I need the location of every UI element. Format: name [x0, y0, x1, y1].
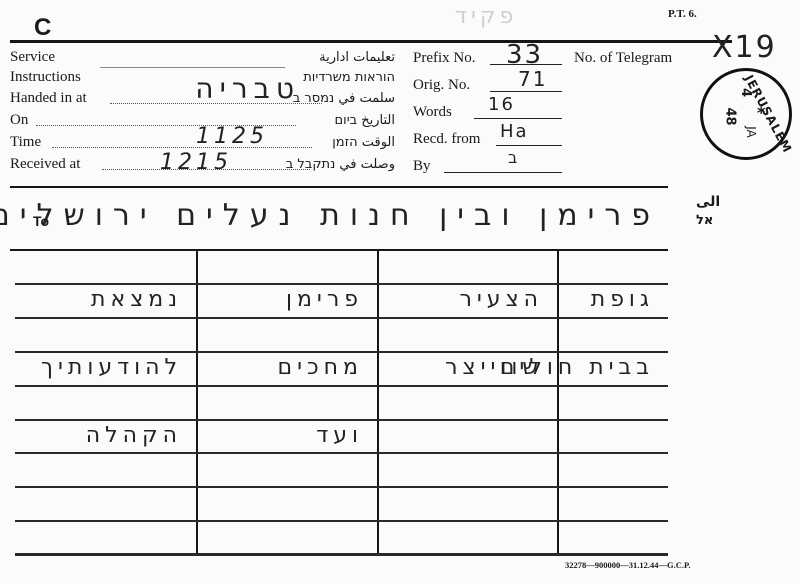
faint-pencil-mark: פקיד — [455, 4, 517, 29]
row-line-5 — [15, 419, 668, 421]
field-label-received-at: Received at — [10, 156, 80, 172]
to-label-hebrew: אל — [696, 213, 713, 228]
field-value-handed-in-at: טבריה — [200, 72, 300, 105]
row-line-7 — [15, 486, 668, 488]
right-value-4: ב — [508, 148, 519, 167]
field-label-other-5: وصلت في נתקבל ב — [250, 157, 395, 173]
field-label-other-0: تعليمات ادارية — [250, 50, 395, 66]
postmark-year: 48 — [723, 107, 738, 125]
right-value-2: 16 — [488, 94, 515, 115]
postmark-day: 4 — [738, 88, 753, 97]
to-address-value: פרימן ובין חנות נעלים ירושלים — [100, 198, 660, 233]
row-line-6 — [15, 452, 668, 454]
footer-code: 32278—900000—31.12.44—G.C.P. — [565, 560, 691, 570]
field-label-service: Service — [10, 49, 55, 65]
column-divider-1 — [196, 251, 198, 554]
telegram-no-label: No. of Telegram — [574, 50, 672, 66]
right-value-3: Ha — [500, 121, 529, 142]
message-cell: נמצאת — [23, 287, 182, 312]
header-top-rule — [10, 40, 732, 43]
to-bottom-rule — [10, 249, 668, 251]
postmark-star: * — [757, 103, 765, 122]
row-line-4 — [15, 385, 668, 387]
field-value-received-at: 1215 — [160, 150, 232, 175]
field-line-4 — [52, 147, 312, 148]
message-cell: פרימן — [204, 287, 363, 312]
field-label-on: On — [10, 112, 28, 128]
right-field-line-3 — [496, 145, 562, 146]
postmark-stamp: JERUSALEM 4 * JA 48 — [700, 68, 792, 160]
telegram-no-value: X19 — [712, 30, 777, 65]
message-cell: גופת — [565, 287, 654, 312]
postmark-month: JA — [744, 126, 758, 138]
field-label-other-4: الوقت הזמן — [250, 135, 395, 151]
message-cell: ועד — [204, 423, 363, 448]
series-letter: C — [34, 14, 51, 42]
message-cell: בבית חולים — [565, 355, 654, 380]
column-divider-2 — [377, 251, 379, 554]
right-label-by: By — [413, 158, 431, 174]
message-cell: הצעיר — [385, 287, 543, 312]
right-field-line-4 — [444, 172, 562, 173]
right-label-words: Words — [413, 104, 452, 120]
field-label-time: Time — [10, 134, 41, 150]
right-field-line-2 — [474, 118, 562, 119]
row-line-2 — [15, 317, 668, 319]
field-label-handed-in-at: Handed in at — [10, 90, 87, 106]
right-label-recd-from: Recd. from — [413, 131, 480, 147]
form-code: P.T. 6. — [668, 8, 697, 20]
service-line — [100, 67, 285, 68]
field-value-time: 1125 — [196, 124, 268, 149]
right-label-orig-no: Orig. No. — [413, 77, 470, 93]
message-cell: הקהלה — [23, 423, 182, 448]
row-line-1 — [15, 283, 668, 285]
row-line-3 — [15, 351, 668, 353]
right-value-1: 71 — [518, 67, 547, 91]
message-cell: מחכים — [204, 355, 363, 380]
right-label-prefix-no: Prefix No. — [413, 50, 476, 66]
to-label-arabic: الى — [696, 194, 720, 210]
row-line-8 — [15, 520, 668, 522]
column-divider-3 — [557, 251, 559, 554]
field-label-other-3: التاريخ ביום — [250, 113, 395, 129]
row-line-9 — [15, 553, 668, 556]
message-cell: להודעותיך — [23, 355, 182, 380]
message-cell: שווייצר — [385, 355, 543, 380]
header-bottom-rule — [10, 186, 668, 188]
right-value-0: 33 — [506, 40, 543, 70]
right-field-line-1 — [490, 91, 562, 92]
postmark-city: JERUSALEM — [742, 73, 795, 156]
field-label-instructions: Instructions — [10, 69, 81, 85]
